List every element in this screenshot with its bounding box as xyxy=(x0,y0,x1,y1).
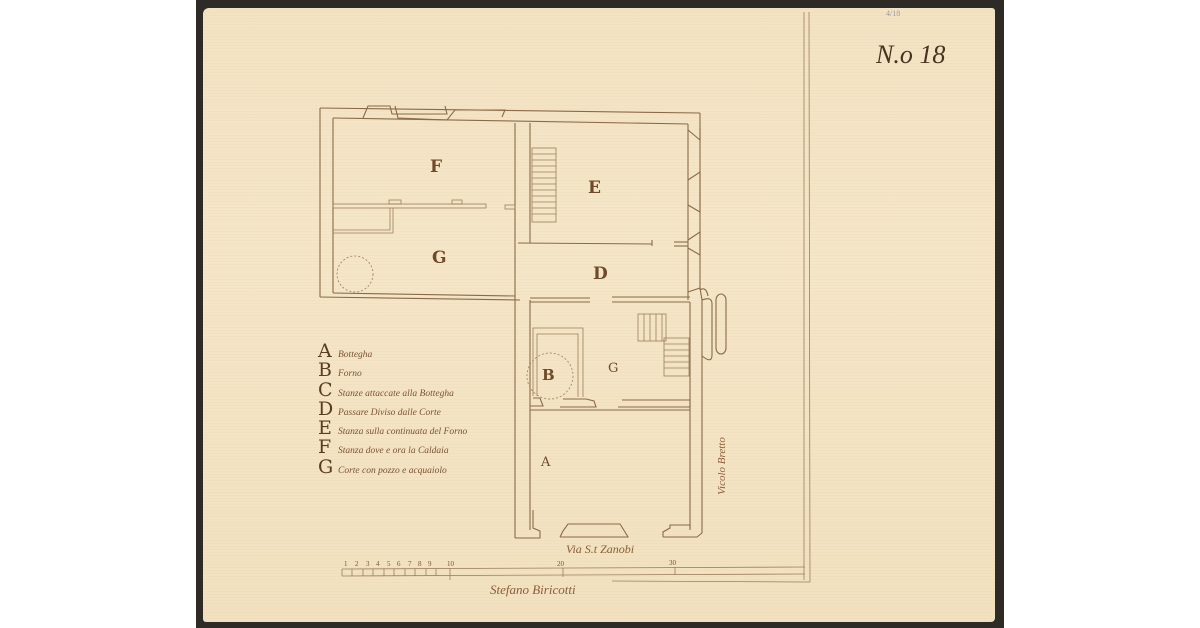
legend-row: C Stanze attaccate alla Bottegha xyxy=(318,379,467,398)
scale-tick-label: 9 xyxy=(428,560,432,568)
scale-tick-label: 6 xyxy=(397,560,401,568)
legend-text: Passare Diviso dalle Corte xyxy=(338,408,441,418)
legend-row: G Corte con pozzo e acquaiolo xyxy=(318,456,467,475)
scale-tick-label: 5 xyxy=(387,560,391,568)
scale-tick-label: 3 xyxy=(366,560,370,568)
legend-row: A Bottegha xyxy=(318,340,467,359)
street-label-bottom: Via S.t Zanobi xyxy=(566,542,634,557)
staircase-e xyxy=(532,148,556,222)
lower-block-walls xyxy=(515,297,702,538)
upper-block-walls xyxy=(320,106,700,300)
exterior-step xyxy=(700,289,726,360)
staircase-courtyard xyxy=(638,314,689,376)
scale-tick-label: 10 xyxy=(447,560,454,568)
scale-bar xyxy=(342,567,805,580)
legend-key: G xyxy=(318,456,334,478)
street-label-right: Vicolo Bretto xyxy=(716,406,728,526)
legend-row: B Forno xyxy=(318,359,467,378)
scale-tick-label: 1 xyxy=(344,560,348,568)
room-label-a: A xyxy=(541,455,550,470)
architect-signature: Stefano Biricotti xyxy=(490,582,576,598)
legend-text: Stanza sulla continuata del Forno xyxy=(338,427,467,437)
scale-mark-20: 20 xyxy=(557,560,564,568)
room-e-bottom-wall xyxy=(518,240,688,246)
legend-row: D Passare Diviso dalle Corte xyxy=(318,398,467,417)
legend-text: Stanze attaccate alla Bottegha xyxy=(338,389,454,399)
scale-tick-label: 2 xyxy=(355,560,359,568)
room-label-e: E xyxy=(588,178,601,198)
room-label-d: D xyxy=(593,264,608,284)
legend-row: F Stanza dove e ora la Caldaia xyxy=(318,436,467,455)
scale-mark-30: 30 xyxy=(669,559,676,567)
room-label-g-upper: G xyxy=(432,248,447,268)
legend-row: E Stanza sulla continuata del Forno xyxy=(318,417,467,436)
legend-text: Stanza dove e ora la Caldaia xyxy=(338,446,449,456)
legend: A Bottegha B Forno C Stanze attaccate al… xyxy=(318,340,467,475)
room-label-f: F xyxy=(430,157,442,177)
legend-text: Bottegha xyxy=(338,350,372,360)
scale-tick-label: 8 xyxy=(418,560,422,568)
legend-text: Forno xyxy=(338,369,362,379)
floor-plan-drawing xyxy=(0,0,1200,628)
partition-f-g xyxy=(333,200,515,233)
room-label-g-lower: G xyxy=(608,361,618,376)
room-label-b: B xyxy=(542,366,555,384)
scale-tick-label: 7 xyxy=(408,560,412,568)
legend-text: Corte con pozzo e acquaiolo xyxy=(338,466,447,476)
scale-tick-label: 4 xyxy=(376,560,380,568)
archive-pencil-mark: 4/18 xyxy=(886,9,900,18)
archive-number: N.o 18 xyxy=(876,40,945,70)
well-circle xyxy=(337,256,373,292)
